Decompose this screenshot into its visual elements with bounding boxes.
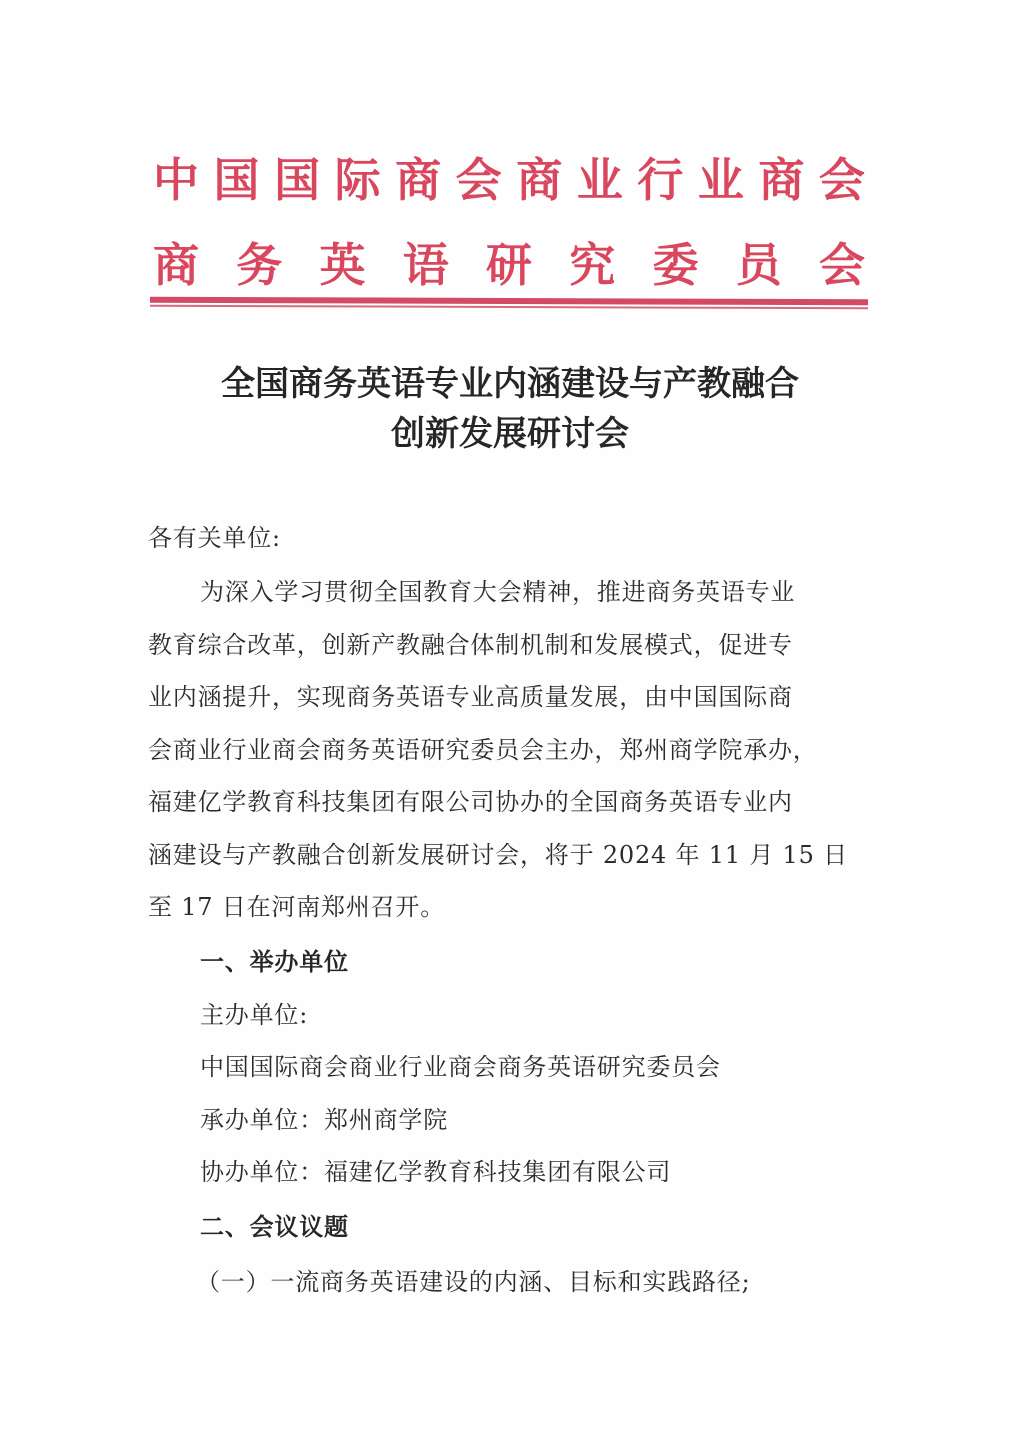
letterhead-char: 究 (566, 237, 618, 293)
letterhead-char: 行 (634, 152, 686, 208)
letterhead-char: 商 (150, 237, 202, 293)
letterhead-char: 员 (733, 237, 785, 293)
letterhead-char: 业 (695, 152, 747, 208)
letterhead-char: 商 (513, 152, 565, 208)
document-title-line-2: 创新发展研讨会 (140, 410, 880, 458)
letterhead-char: 英 (317, 237, 369, 293)
intro-line: 教育综合改革，创新产教融合体制机制和发展模式，促进专 (148, 625, 860, 660)
section-heading-2: 二、会议议题 (200, 1207, 860, 1242)
host-label: 主办单位: (200, 995, 860, 1030)
document-page: 中 国 国 际 商 会 商 业 行 业 商 会 商 务 英 语 研 究 委 员 … (0, 0, 1024, 1448)
intro-line: 至 17 日在河南郑州召开。 (148, 887, 860, 922)
intro-line: 福建亿学教育科技集团有限公司协办的全国商务英语专业内 (148, 782, 860, 817)
letterhead-char: 会 (816, 152, 868, 208)
letterhead-char: 务 (233, 237, 285, 293)
section-heading-1: 一、举办单位 (200, 942, 860, 977)
topic-item: （一）一流商务英语建设的内涵、目标和实践路径; (196, 1262, 908, 1297)
co-organizer: 协办单位：福建亿学教育科技集团有限公司 (200, 1152, 860, 1187)
letterhead-char: 会 (453, 152, 505, 208)
letterhead-char: 语 (400, 237, 452, 293)
letterhead-char: 中 (150, 152, 202, 208)
salutation: 各有关单位: (148, 518, 860, 553)
letterhead-char: 商 (392, 152, 444, 208)
intro-line: 涵建设与产教融合创新发展研讨会，将于 2024 年 11 月 15 日 (148, 835, 860, 870)
letterhead-char: 会 (816, 237, 868, 293)
letterhead-char: 商 (755, 152, 807, 208)
intro-line: 会商业行业商会商务英语研究委员会主办，郑州商学院承办， (148, 730, 860, 765)
intro-line: 为深入学习贯彻全国教育大会精神，推进商务英语专业 (200, 572, 860, 607)
intro-line: 业内涵提升，实现商务英语专业高质量发展，由中国国际商 (148, 677, 860, 712)
letterhead-line-1: 中 国 国 际 商 会 商 业 行 业 商 会 (150, 152, 868, 208)
letterhead-char: 研 (483, 237, 535, 293)
letterhead-char: 业 (574, 152, 626, 208)
document-title-line-1: 全国商务英语专业内涵建设与产教融合 (140, 360, 880, 408)
letterhead-divider-thin (150, 305, 868, 310)
letterhead-char: 国 (211, 152, 263, 208)
letterhead-line-2: 商 务 英 语 研 究 委 员 会 (150, 237, 868, 293)
letterhead-char: 国 (271, 152, 323, 208)
host-value: 中国国际商会商业行业商会商务英语研究委员会 (200, 1047, 860, 1082)
letterhead-char: 际 (332, 152, 384, 208)
organizer: 承办单位：郑州商学院 (200, 1100, 860, 1135)
letterhead-divider (150, 297, 868, 306)
letterhead-char: 委 (650, 237, 702, 293)
